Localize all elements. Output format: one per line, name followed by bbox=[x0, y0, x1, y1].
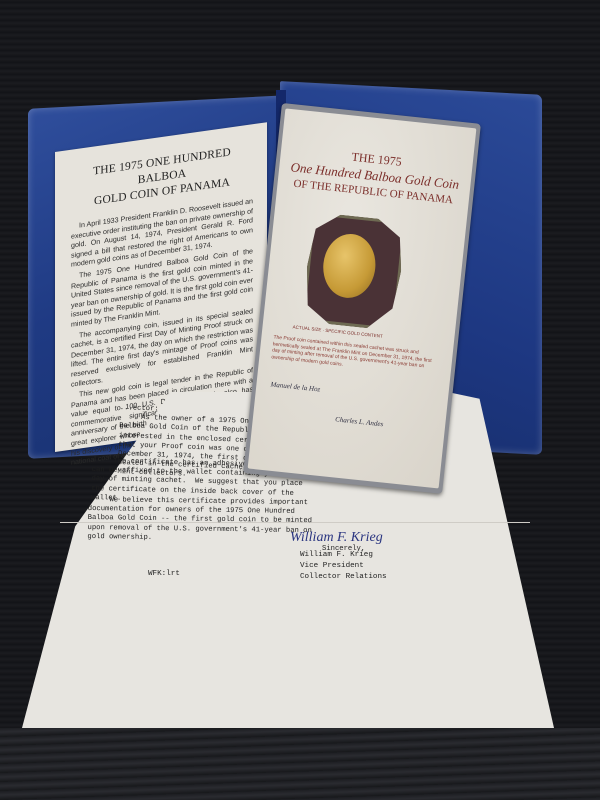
certificate-body: The Proof coin contained within this sea… bbox=[271, 334, 441, 377]
certificate-signature-2: Charles L. Andes bbox=[335, 415, 384, 428]
letter-paragraph-3: We believe this certificate provides imp… bbox=[87, 496, 312, 545]
certificate-cachet: THE 1975 One Hundred Balboa Gold Coin OF… bbox=[248, 108, 477, 488]
reference-initials: WFK:lrt bbox=[148, 570, 180, 578]
coin-caption: ACTUAL SIZE · SPECIFIC GOLD CONTENT bbox=[292, 324, 383, 338]
signer-title: Vice President bbox=[300, 561, 387, 572]
table-surface bbox=[0, 728, 600, 800]
handwritten-signature: William F. Krieg bbox=[290, 530, 383, 546]
signer-block: William F. Krieg Vice President Collecto… bbox=[300, 550, 387, 583]
signer-name: William F. Krieg bbox=[300, 550, 387, 561]
signer-department: Collector Relations bbox=[300, 572, 387, 583]
certificate-signature-1: Manuel de la Hoz bbox=[270, 380, 321, 393]
certificate-sleeve: THE 1975 One Hundred Balboa Gold Coin OF… bbox=[243, 103, 481, 494]
